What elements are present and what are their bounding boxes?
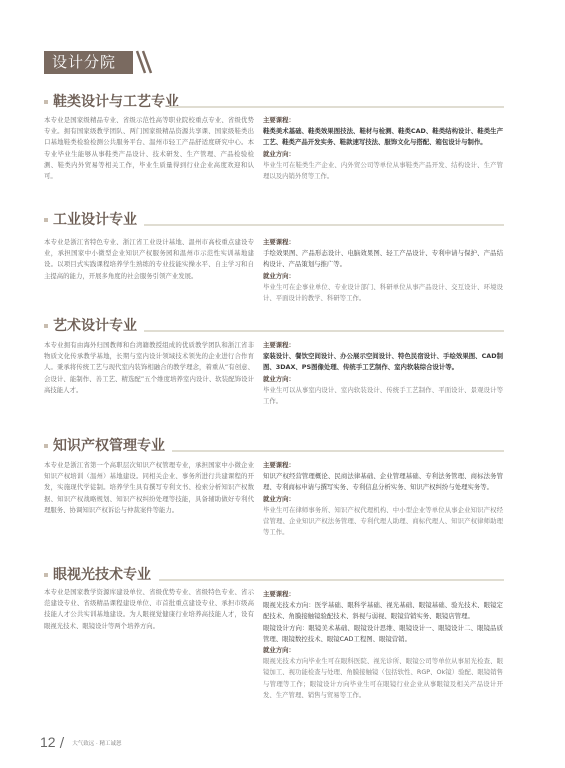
section-description: 本专业拥有由海外归国教师和台湾籍教授组成的优质教学团队和浙江省非物质文化传承教学… <box>44 340 254 396</box>
page-footer: 12 / 大气致远 · 精工诚恕 <box>40 734 122 751</box>
page-number: 12 <box>40 734 56 750</box>
divider <box>169 106 504 108</box>
section-details: 主要课程： 知识产权经营管理概论、民商法律基础、企业管理基础、专利法务管理、商标… <box>263 460 503 538</box>
section-description: 本专业是浙江省特色专业、浙江省工业设计基地、温州市高校重点建设专业，承担国家中小… <box>44 237 254 282</box>
section-header: 鞋类设计与工艺专业 <box>44 92 524 112</box>
double-slash-decoration-icon <box>133 49 157 75</box>
page-title: 设计分院 <box>44 51 133 74</box>
career-text: 毕业生可以从事室内设计、室内软装设计、传统手工艺制作、平面设计、景观设计等工作。 <box>263 385 503 407</box>
career-label: 就业方向： <box>263 645 503 656</box>
section-optometry: 眼视光技术专业 本专业是国家教学资源库建设单位、省级优势专业、省级特色专业、省示… <box>44 565 524 585</box>
section-industrial-design: 工业设计专业 本专业是浙江省特色专业、浙江省工业设计基地、温州市高校重点建设专业… <box>44 210 524 230</box>
career-text: 毕业生可在律师事务所、知识产权代理机构、中小型企业等单位从事企业知识产权经营管理… <box>263 505 503 539</box>
bullet-icon <box>44 100 48 104</box>
section-header: 知识产权管理专业 <box>44 436 524 456</box>
section-title: 艺术设计专业 <box>53 316 137 336</box>
courses-label: 主要课程： <box>263 115 503 126</box>
bullet-icon <box>44 444 48 448</box>
courses-text-eyewear-design: 眼镜设计方向：眼镜美术基础、眼镜设计思维、眼镜设计一、眼镜设计二、眼镜品质管理、… <box>263 623 503 645</box>
section-details: 主要课程： 家装设计、餐饮空间设计、办公展示空间设计、特色民宿设计、手绘效果图、… <box>263 340 503 407</box>
career-label: 就业方向： <box>263 271 503 282</box>
courses-label: 主要课程： <box>263 460 503 471</box>
career-label: 就业方向： <box>263 149 503 160</box>
section-title: 工业设计专业 <box>53 210 137 230</box>
career-label: 就业方向： <box>263 374 503 385</box>
courses-label: 主要课程： <box>263 589 503 600</box>
bullet-icon <box>44 324 48 328</box>
career-text: 毕业生可在鞋类生产企业、内外贸公司等单位从事鞋类产品开发、结构设计、生产管理以及… <box>263 160 503 182</box>
career-label: 就业方向： <box>263 494 503 505</box>
footer-separator: / <box>60 736 64 751</box>
divider <box>172 450 504 452</box>
section-header: 艺术设计专业 <box>44 316 524 336</box>
courses-text-optometry: 眼视光技术方向：医学基础、眼科学基础、视光基础、眼镜基础、验光技术、眼镜定配技术… <box>263 600 503 622</box>
divider <box>144 330 504 332</box>
bullet-icon <box>44 573 48 577</box>
bullet-icon <box>44 218 48 222</box>
section-details: 主要课程： 鞋类美术基础、鞋类效果图技法、鞋材与检测、鞋类CAD、鞋类结构设计、… <box>263 115 503 182</box>
section-description: 本专业是国家教学资源库建设单位、省级优势专业、省级特色专业、省示范建设专业、省级… <box>44 587 254 632</box>
section-description: 本专业是浙江省第一个高职层次知识产权管理专业，承担国家中小微企业知识产权培训（温… <box>44 460 254 516</box>
courses-label: 主要课程： <box>263 237 503 248</box>
courses-text: 知识产权经营管理概论、民商法律基础、企业管理基础、专利法务管理、商标法务管理、专… <box>263 471 503 493</box>
courses-label: 主要课程： <box>263 340 503 351</box>
section-header: 眼视光技术专业 <box>44 565 524 585</box>
courses-text: 手绘效果图、产品形态设计、电脑效果图、轻工产品设计、专利申请与保护、产品结构设计… <box>263 248 503 270</box>
section-header: 工业设计专业 <box>44 210 524 230</box>
section-description: 本专业是国家级精品专业、省级示范性高等职业院校重点专业、省级优势专业。拥有国家级… <box>44 115 254 182</box>
divider <box>144 224 504 226</box>
section-details: 主要课程： 手绘效果图、产品形态设计、电脑效果图、轻工产品设计、专利申请与保护、… <box>263 237 503 304</box>
footer-motto: 大气致远 · 精工诚恕 <box>72 741 121 747</box>
section-ip-management: 知识产权管理专业 本专业是浙江省第一个高职层次知识产权管理专业，承担国家中小微企… <box>44 436 524 456</box>
divider <box>159 579 504 581</box>
section-title: 知识产权管理专业 <box>53 436 165 456</box>
courses-text: 家装设计、餐饮空间设计、办公展示空间设计、特色民宿设计、手绘效果图、CAD制图、… <box>263 351 503 373</box>
courses-text: 鞋类美术基础、鞋类效果图技法、鞋材与检测、鞋类CAD、鞋类结构设计、鞋类生产工艺… <box>263 126 503 148</box>
career-text: 眼视光技术方向毕业生可在眼科医院、视光诊所、眼镜公司等单位从事屈光检查、眼镜加工… <box>263 656 503 701</box>
section-details: 主要课程： 眼视光技术方向：医学基础、眼科学基础、视光基础、眼镜基础、验光技术、… <box>263 589 503 701</box>
section-art-design: 艺术设计专业 本专业拥有由海外归国教师和台湾籍教授组成的优质教学团队和浙江省非物… <box>44 316 524 336</box>
section-title: 鞋类设计与工艺专业 <box>53 92 179 112</box>
career-text: 毕业生可在企事业单位、专业设计部门、科研单位从事产品设计、交互设计、环境设计、平… <box>263 282 503 304</box>
section-title: 眼视光技术专业 <box>53 565 151 585</box>
section-shoe-design: 鞋类设计与工艺专业 本专业是国家级精品专业、省级示范性高等职业院校重点专业、省级… <box>44 92 524 112</box>
